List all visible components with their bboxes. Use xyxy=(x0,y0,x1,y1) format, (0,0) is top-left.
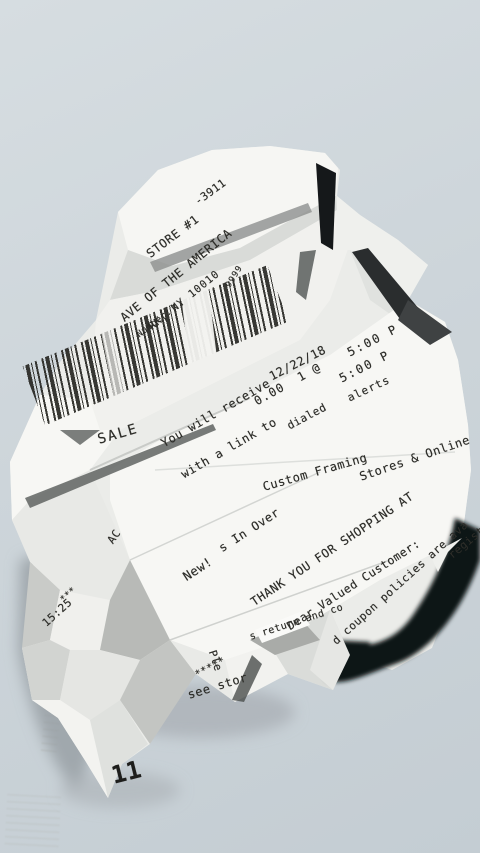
crumpled-receipt-photo: -3911 STORE #1 AVE OF THE AMERICA RK, NY… xyxy=(0,0,480,853)
barcode-fold-streak xyxy=(99,321,124,403)
receipt-shape-layer xyxy=(0,0,480,853)
